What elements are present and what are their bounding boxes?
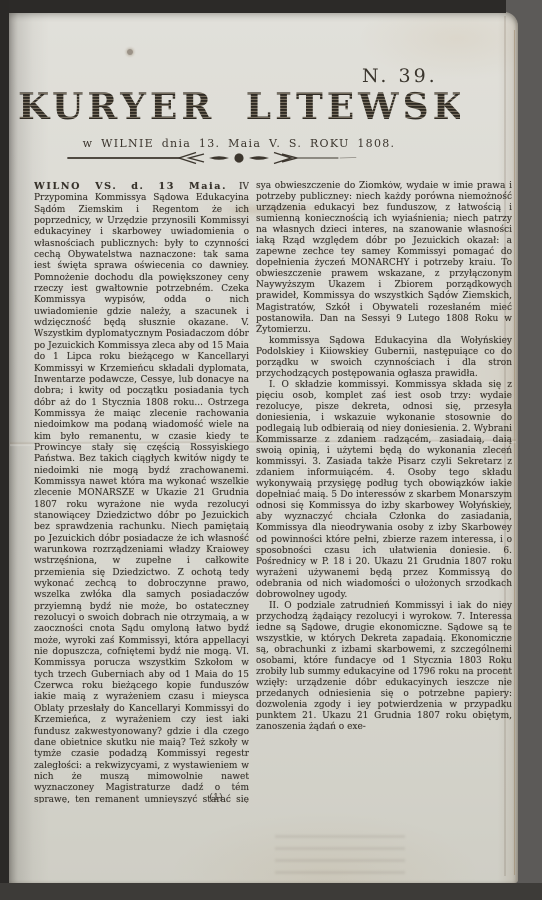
bleed-through-ghost-text bbox=[275, 832, 405, 880]
left-column-article: WILNO VS. d. 13 Maia. IV Przypomina Komm… bbox=[34, 181, 249, 803]
ornament-left-arrowhead bbox=[179, 153, 204, 164]
ornament-center-dot bbox=[234, 153, 243, 162]
right-column-paragraph: I. O składzie kommissyi. Kommissya skład… bbox=[256, 380, 512, 601]
ornament-right-leaf bbox=[249, 156, 269, 160]
scanner-mat-left bbox=[0, 0, 9, 900]
ornament-right-rule-tail bbox=[340, 158, 356, 159]
right-column: sya obwieszczenie do Ziomków, wydaie w i… bbox=[256, 181, 512, 813]
ornament-left-leaf bbox=[209, 156, 229, 160]
right-column-paragraph: sya obwieszczenie do Ziomków, wydaie w i… bbox=[256, 181, 512, 336]
page-signature-number: (1) bbox=[196, 792, 236, 803]
article-body-text: IV Przypomina Kommissya Sądowa Edukacyin… bbox=[34, 182, 249, 803]
right-column-paragraph: kommissya Sądowa Edukacyina dla Wołyński… bbox=[256, 336, 512, 380]
scanner-mat-top bbox=[0, 0, 506, 13]
article-lead-in: WILNO VS. d. 13 Maia. bbox=[34, 181, 227, 192]
masthead-title: KURYER LITEWSKI bbox=[18, 86, 460, 128]
ink-stain-dot bbox=[127, 49, 133, 55]
ornament-divider bbox=[66, 150, 358, 166]
scan-viewport: N. 39. KURYER LITEWSKI w WILNIE dnia 13.… bbox=[0, 0, 542, 900]
left-column: WILNO VS. d. 13 Maia. IV Przypomina Komm… bbox=[34, 181, 249, 803]
right-column-paragraph: II. O podziale zatrudnień Kommissyi i ia… bbox=[256, 601, 512, 734]
issue-number: N. 39. bbox=[362, 65, 438, 87]
dateline: w WILNIE dnia 13. Maia V. S. ROKU 1808. bbox=[18, 137, 460, 150]
paper-right-edge bbox=[514, 30, 515, 875]
scanner-mat-bottom bbox=[0, 883, 542, 900]
